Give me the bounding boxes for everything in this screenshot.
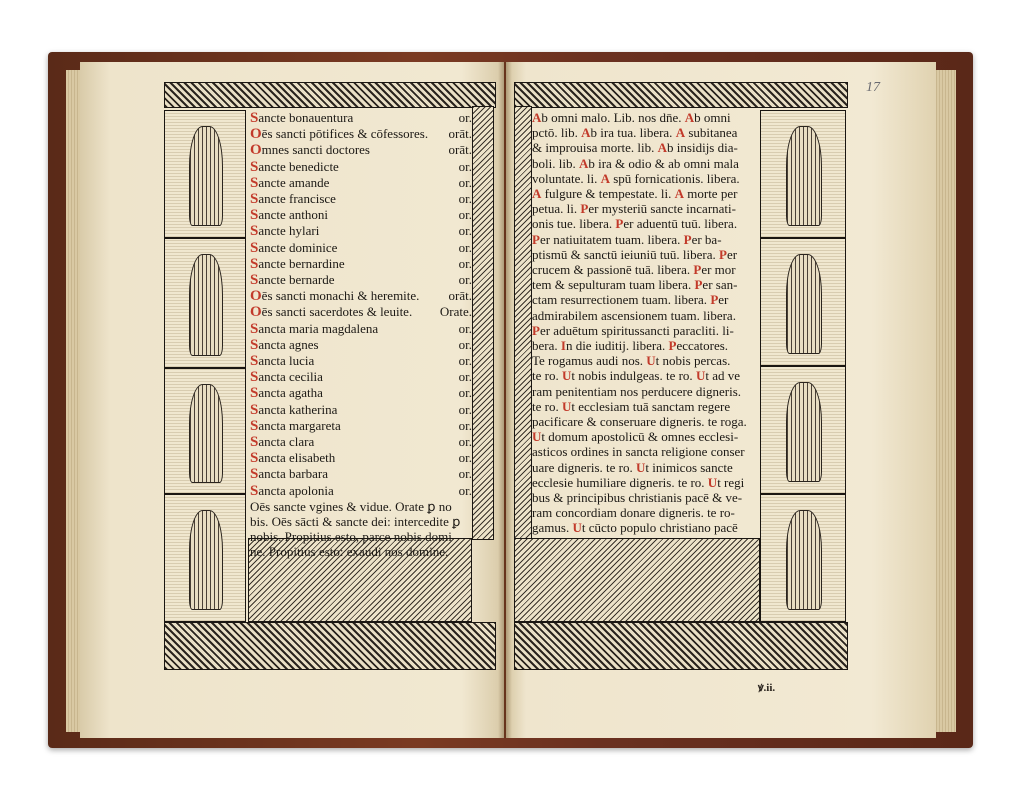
response: or. bbox=[459, 240, 472, 256]
signature-mark: ꝟ.ii. bbox=[758, 680, 775, 695]
litany-line: Sancta agnesor. bbox=[250, 337, 472, 353]
rubric-initial: O bbox=[250, 304, 262, 320]
woodcut-saint-margaret bbox=[760, 366, 846, 494]
petition-line: Ab omni malo. Lib. nos dn̄e. Ab omni bbox=[532, 110, 760, 125]
invocation: Sancte bernarde bbox=[250, 272, 334, 288]
litany-line: Sancte hylarior. bbox=[250, 223, 472, 239]
invocation: Sancta barbara bbox=[250, 466, 328, 482]
litany-line: Sancte bernardineor. bbox=[250, 256, 472, 272]
petition-line: Ut domum apostolicū & omnes ecclesi- bbox=[532, 429, 760, 444]
invocation: Sancta agnes bbox=[250, 337, 319, 353]
response: Orate. bbox=[440, 304, 472, 320]
response: or. bbox=[459, 256, 472, 272]
invocation: Sancte francisce bbox=[250, 191, 336, 207]
woodcut-abbot-saint bbox=[164, 238, 246, 368]
petition-line: pctō. lib. Ab ira tua. libera. A subitan… bbox=[532, 125, 760, 140]
invocation: Sancte benedicte bbox=[250, 159, 339, 175]
petition-line: petua. li. Per mysteriū sancte incarnati… bbox=[532, 201, 760, 216]
petition-line: voluntate. li. A spū fornicationis. libe… bbox=[532, 171, 760, 186]
response: or. bbox=[459, 466, 472, 482]
response: or. bbox=[459, 272, 472, 288]
woodcut-bishop-saint bbox=[164, 110, 246, 238]
petition-line: bera. In die iuditij. libera. Peccatores… bbox=[532, 338, 760, 353]
invocation: Sancta agatha bbox=[250, 385, 323, 401]
petition-line: ram concordiam donare digneris. te ro- bbox=[532, 505, 760, 520]
response: or. bbox=[459, 353, 472, 369]
response: or. bbox=[459, 385, 472, 401]
petition-line: ptismū & sanctū ieiuniū tuū. libera. Per bbox=[532, 247, 760, 262]
petition-line: boli. lib. Ab ira & odio & ab omni mala bbox=[532, 156, 760, 171]
response: or. bbox=[459, 450, 472, 466]
litany-line: Sancte amandeor. bbox=[250, 175, 472, 191]
right-base-border bbox=[514, 622, 848, 670]
right-top-border bbox=[514, 82, 848, 108]
closing-line: ne. Propitius esto: exaudi nos domine. bbox=[250, 544, 472, 559]
response: or. bbox=[459, 402, 472, 418]
petition-line: Te rogamus audi nos. Ut nobis percas. bbox=[532, 353, 760, 368]
response: or. bbox=[459, 321, 472, 337]
response: or. bbox=[459, 159, 472, 175]
petition-line: crucem & passionē tuā. libera. Per mor bbox=[532, 262, 760, 277]
invocation: Sancta maria magdalena bbox=[250, 321, 378, 337]
invocation: Sancte amande bbox=[250, 175, 329, 191]
litany-line: Sancta maria magdalenaor. bbox=[250, 321, 472, 337]
left-side-border bbox=[472, 106, 494, 540]
book-gutter bbox=[498, 62, 512, 738]
invocation: Sancte bonauentura bbox=[250, 110, 353, 126]
woodcut-saint-barbara-tower bbox=[760, 238, 846, 366]
petition-line: ram penitentiam nos perducere digneris. bbox=[532, 384, 760, 399]
litany-line: Oēs sancti sacerdotes & leuite.Orate. bbox=[250, 304, 472, 320]
petition-line: bus & principibus christianis pacē & ve- bbox=[532, 490, 760, 505]
woodcut-crowned-saint bbox=[760, 110, 846, 238]
litany-line: Sancta luciaor. bbox=[250, 353, 472, 369]
petition-line: ecclesie humiliare digneris. te ro. Ut r… bbox=[532, 475, 760, 490]
right-side-border bbox=[514, 106, 532, 540]
response: or. bbox=[459, 483, 472, 499]
woodcut-female-saint bbox=[164, 494, 246, 622]
response: orāt. bbox=[449, 288, 472, 304]
petition-line: A fulgure & tempestate. li. A morte per bbox=[532, 186, 760, 201]
response: orāt. bbox=[449, 126, 472, 142]
invocation: Sancta lucia bbox=[250, 353, 314, 369]
invocation: Sancte hylari bbox=[250, 223, 319, 239]
response: or. bbox=[459, 434, 472, 450]
invocation: Sancta elisabeth bbox=[250, 450, 335, 466]
closing-line: Oēs sancte vgines & vidue. Orate ꝑ no bbox=[250, 499, 472, 514]
petition-line: Per aduētum spiritussancti paracliti. li… bbox=[532, 323, 760, 338]
litany-line: Sancte anthonior. bbox=[250, 207, 472, 223]
invocation: Sancte dominice bbox=[250, 240, 337, 256]
woodcut-saint-apollonia bbox=[760, 494, 846, 622]
petition-line: pacificare & conseruare digneris. te rog… bbox=[532, 414, 760, 429]
litany-of-saints: Sancte bonauenturaor.Oēs sancti pōtifice… bbox=[250, 110, 472, 560]
petition-line: Per natiuitatem tuam. libera. Per ba- bbox=[532, 232, 760, 247]
folio-number: 17 bbox=[866, 80, 880, 96]
response: orāt. bbox=[449, 142, 472, 158]
invocation: Oēs sancti monachi & heremite. bbox=[250, 288, 419, 304]
litany-line: Sancta elisabethor. bbox=[250, 450, 472, 466]
petition-line: te ro. Ut nobis indulgeas. te ro. Ut ad … bbox=[532, 368, 760, 383]
petition-line: uare digneris. te ro. Ut inimicos sancte bbox=[532, 460, 760, 475]
response: or. bbox=[459, 369, 472, 385]
litany-line: Sancta apoloniaor. bbox=[250, 483, 472, 499]
litany-line: Omnes sancti doctoresorāt. bbox=[250, 142, 472, 158]
litany-line: Sancte dominiceor. bbox=[250, 240, 472, 256]
litany-line: Sancta ceciliaor. bbox=[250, 369, 472, 385]
response: or. bbox=[459, 223, 472, 239]
response: or. bbox=[459, 175, 472, 191]
response: or. bbox=[459, 191, 472, 207]
invocation: Sancte bernardine bbox=[250, 256, 345, 272]
left-top-border bbox=[164, 82, 496, 108]
invocation: Sancte anthoni bbox=[250, 207, 328, 223]
litany-line: Oēs sancti monachi & heremite.orāt. bbox=[250, 288, 472, 304]
closing-line: bis. Oēs sācti & sancte dei: intercedite… bbox=[250, 514, 472, 529]
petition-line: tem & sepulturam tuam libera. Per san- bbox=[532, 277, 760, 292]
litany-line: Sancta claraor. bbox=[250, 434, 472, 450]
petition-line: onis tue. libera. Per aduentū tuū. liber… bbox=[532, 216, 760, 231]
response: or. bbox=[459, 110, 472, 126]
rubric-initial: O bbox=[250, 142, 262, 158]
litany-line: Sancta margaretaor. bbox=[250, 418, 472, 434]
right-bottom-panel-figures bbox=[514, 538, 760, 622]
litany-petitions: Ab omni malo. Lib. nos dn̄e. Ab omnipctō… bbox=[532, 110, 760, 536]
petition-line: ctam resurrectionem tuam. libera. Per bbox=[532, 292, 760, 307]
petition-line: gamus. Ut cūcto populo christiano pacē bbox=[532, 520, 760, 535]
invocation: Sancta apolonia bbox=[250, 483, 334, 499]
invocation: Sancta clara bbox=[250, 434, 314, 450]
petition-line: admirabilem ascensionem tuam. libera. bbox=[532, 308, 760, 323]
invocation: Sancta katherina bbox=[250, 402, 337, 418]
rubric-initial: O bbox=[250, 126, 262, 142]
invocation: Oēs sancti pōtifices & cōfessores. bbox=[250, 126, 428, 142]
litany-line: Sancte bernardeor. bbox=[250, 272, 472, 288]
invocation: Sancta cecilia bbox=[250, 369, 323, 385]
invocation: Omnes sancti doctores bbox=[250, 142, 370, 158]
litany-line: Sancte bonauenturaor. bbox=[250, 110, 472, 126]
rubric-initial: O bbox=[250, 288, 262, 304]
litany-line: Sancta barbaraor. bbox=[250, 466, 472, 482]
left-base-border bbox=[164, 622, 496, 670]
litany-line: Sancte benedicteor. bbox=[250, 159, 472, 175]
response: or. bbox=[459, 207, 472, 223]
petition-line: & improuisa morte. lib. Ab insidijs dia- bbox=[532, 140, 760, 155]
litany-line: Sancta katherinaor. bbox=[250, 402, 472, 418]
response: or. bbox=[459, 337, 472, 353]
petition-line: te ro. Ut ecclesiam tuā sanctam regere bbox=[532, 399, 760, 414]
invocation: Sancta margareta bbox=[250, 418, 341, 434]
page-edges-right bbox=[934, 70, 956, 732]
litany-line: Oēs sancti pōtifices & cōfessores.orāt. bbox=[250, 126, 472, 142]
response: or. bbox=[459, 418, 472, 434]
litany-line: Sancta agathaor. bbox=[250, 385, 472, 401]
litany-line: Sancte francisceor. bbox=[250, 191, 472, 207]
closing-line: nobis. Propitius esto, parce nobis domi bbox=[250, 529, 472, 544]
woodcut-saint-with-dragon bbox=[164, 368, 246, 494]
petition-line: asticos ordines in sancta religione cons… bbox=[532, 444, 760, 459]
invocation: Oēs sancti sacerdotes & leuite. bbox=[250, 304, 412, 320]
